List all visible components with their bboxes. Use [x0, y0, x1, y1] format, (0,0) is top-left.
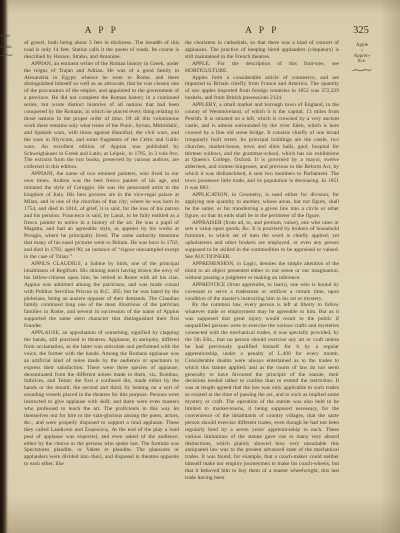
paragraph: APPLE. For the description of this fruit…	[185, 61, 339, 75]
paragraph: APPIUS CLAUDIUS, a Sabine by birth, one …	[24, 261, 179, 330]
paragraph: By the common law, every person is left …	[185, 302, 339, 482]
margin-note-line: tice.	[344, 59, 380, 65]
binding-shadow	[0, 0, 9, 533]
running-head-left: A P P	[24, 26, 179, 36]
paragraph: APPREHENSION, in Logic, denotes the simp…	[185, 261, 339, 282]
paragraph: APPLAUSE, an approbation of something, s…	[24, 330, 179, 468]
paragraph: APPLICATION, in Geometry, is used either…	[185, 192, 339, 220]
paragraph: of gravel, both being about 3 feet in th…	[24, 40, 179, 61]
page-number: 325	[347, 25, 375, 36]
paragraph: Apples form a considerable article of co…	[185, 75, 339, 103]
running-head-right: A P P	[185, 26, 339, 36]
margin-note-right: Apple ‖ Appren- tice.	[344, 43, 380, 73]
paragraph: APPRENTICE (from apprendre, to learn), o…	[185, 282, 339, 303]
margin-note-left: Appian ‖ Applause.	[0, 34, 21, 58]
flourish-ornament	[351, 67, 373, 73]
paragraph: the choristers in cathedrals, so that th…	[185, 40, 339, 61]
text-column-left: of gravel, both being about 3 feet in th…	[24, 40, 179, 530]
book-page: A P P A P P 325 Appian ‖ Applause. Apple…	[0, 0, 400, 533]
paragraph: APPIANI, the name of two eminent painter…	[24, 171, 179, 261]
text-column-right: the choristers in cathedrals, so that th…	[185, 40, 339, 530]
paragraph: APPRAISER (from ad, to, and pretium, val…	[185, 220, 339, 261]
paragraph: APPIAN, an eminent writer of the Roman h…	[24, 61, 179, 172]
flourish-ornament	[0, 52, 13, 58]
margin-note-line: Applause.	[0, 45, 21, 51]
paragraph: APPLEBY, a small market and borough town…	[185, 102, 339, 192]
